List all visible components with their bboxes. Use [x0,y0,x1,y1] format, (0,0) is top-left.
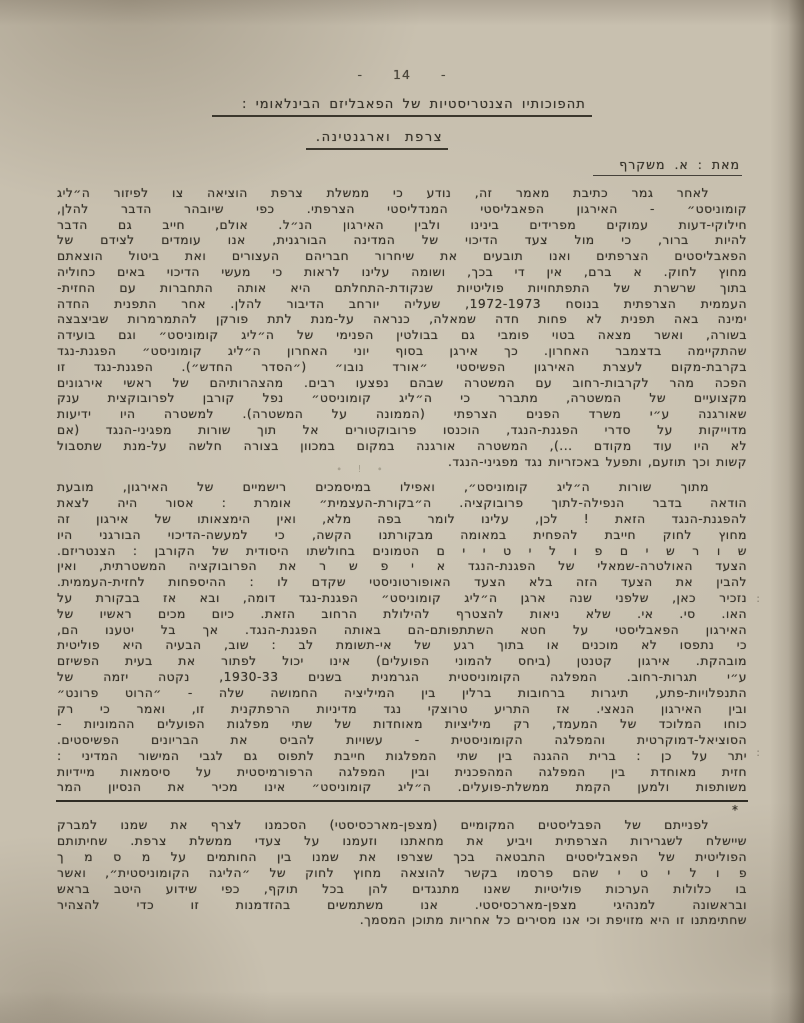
article-body: לאחר גמר כתיבת מאמר זה, נודע כי ממשלת צר… [57,186,747,796]
page-number: - 14 - [0,67,804,82]
text-line: שהתקיימה בדצמבר האחרון. כך אירגן בסוף יו… [57,344,747,360]
text-line: האירגון הפאבליסטי על חטא השתתפותם-הם באו… [57,623,747,639]
paragraph-1: לאחר גמר כתיבת מאמר זה, נודע כי ממשלת צר… [57,186,747,470]
text-line: בשורה, ואשר מצאה בטוי פומבי גם בבולטין ה… [57,328,747,344]
text-line: להפגנת-הנגד הזאת ! לכן, עלינו לומר בפה מ… [57,512,747,528]
paragraph-2: מתוך שורות ה״ליג קומוניסט״, ואפילו במיסמ… [57,480,747,796]
text-line: חילוקי-דעות עמוקים מפרידים בינינו ולבין … [57,218,747,234]
text-line: להבין את הצעד הזה בלא הצעד האופורטוניסטי… [57,575,747,591]
text-line: ובין האירגון הנאצי. אז התריע טרוצקי נגד … [57,702,747,718]
pencil-mark: : [756,592,760,605]
text-line: חזית מאוחדת בין המפלגה המהפכנית ובין המפ… [57,765,747,781]
text-line: העממית הצרפתית בנוסח 1972-1973, שעליה יו… [57,297,747,313]
text-line: יתר על כן : ברית ההגנה בין שתי המפלגות ח… [57,749,747,765]
page-number-dash-left: - [358,67,364,82]
text-line: הצעד האולטרה-שמאלי של הפגנת-הנגד א י פ ש… [57,559,747,575]
byline-row: מאת : א. משקרף [593,154,742,176]
page-number-value: 14 [393,67,411,82]
text-line: מתוך שורות ה״ליג קומוניסט״, ואפילו במיסמ… [57,480,747,496]
text-line: ע״י תגרות-רחוב. המפלגה הקומוניסטית הגרמנ… [57,670,747,686]
text-line: מובהקת. אירגון קטנטן (ביחס להמוני הפועלי… [57,654,747,670]
text-line: ימינה באה תפנית לא פחות חדה שמאלה, כנראה… [57,312,747,328]
footnote-paragraph: לפנייתם של הפבליסטים המקומיים (מצפן-מארכ… [57,818,747,929]
article-subtitle: צרפת וארגנטינה. [306,130,448,150]
text-line: בו כלולות הערכות פוליטיות שאנו מתנגדים ל… [57,882,747,898]
footnote: לפנייתם של הפבליסטים המקומיים (מצפן-מארכ… [57,818,747,929]
text-line: קומוניסט״ - האירגון הפאבליסטי המנדליסטי … [57,202,747,218]
text-line: מחוץ לחוק. א ברם, אין די בכך, ושומה עלינ… [57,265,747,281]
text-line: קשות וכך תוזעם, ותפעל באכזריות נגד מפגינ… [57,455,747,471]
text-line: מקצועיים של המשטרה, מתברר כי ה״ליג קומונ… [57,391,747,407]
text-line: ובראשונה למנהיגי מצפן-מארכסיסטי. אנו משת… [57,898,747,914]
pencil-mark: . [57,604,61,617]
text-line: להיות ברור, כי מול צעד הדיכוי של המדינה … [57,233,747,249]
title-row: תהפוכותיו הצנטריסטיות של הפאבליזם הבינלא… [0,93,804,117]
text-line: מחוץ לחוק חייבת להפחית במאומה מבקורתנו ה… [57,528,747,544]
text-line: כי נתפסו לא מוכנים או בתוך רגע של אי-תשו… [57,638,747,654]
pencil-mark: : [756,746,760,759]
pencil-smudge: ∙ ! ∙ [336,464,389,475]
text-line: נזכיר כאן, שלפני שנה ארגן ה״ליג קומוניסט… [57,591,747,607]
article-title: תהפוכותיו הצנטריסטיות של הפאבליזם הבינלא… [212,97,592,117]
footnote-asterisk: * [732,803,738,817]
text-line: שיישלח לשגרירות הצרפתית ויביע את מחאתנו … [57,834,747,850]
text-line: התנפלויות-פתע, תיגרות ברחובות ברלין בין … [57,686,747,702]
text-line: פ ו ל י ט י שהם פרסמו בקשר להוצאה מחוץ ל… [57,866,747,882]
text-line: הפכה מהר לקרבות-רחוב עם המשטרה שבהם נפצע… [57,376,747,392]
page-number-dash-right: - [441,67,447,82]
text-line: לא היו עוד מקודם ...), המשטרה אורגנה במק… [57,439,747,455]
text-line: ש ו ר ש י ם פ ו ל י ט י י ם הטמונים בחול… [57,544,747,560]
text-line: בקרבת-מקום לעצרת האירגון הפשיסטי ״אורד נ… [57,360,747,376]
text-line: הסוציאל-דמוקרטית והמפלגה הקומוניסטית - ע… [57,733,747,749]
text-line: שחתימתנו זו היא מזויפת וכי אנו מסירים כל… [57,913,747,929]
text-line: הפוליטית של הפאבליסטים התבטאה בכך שצרפו … [57,850,747,866]
text-line: משותפות ולמען הקמת ממשלת-פועלים. ה״ליג ק… [57,780,747,796]
text-line: הודאה בדבר הנפילה-לתוך פרובוקציה. ה״בקור… [57,496,747,512]
text-line: כוחו המלוכד של המעמד, רק מיליציות מאוחדו… [57,717,747,733]
subtitle-row: צרפת וארגנטינה. [0,126,804,150]
byline: מאת : א. משקרף [593,157,742,176]
text-line: מדוייקות על סדרי הפגנת-הנגד, הוכנסו פרוב… [57,423,747,439]
text-line: לאחר גמר כתיבת מאמר זה, נודע כי ממשלת צר… [57,186,747,202]
text-line: לפנייתם של הפבליסטים המקומיים (מצפן-מארכ… [57,818,747,834]
scanned-document-page: - 14 - תהפוכותיו הצנטריסטיות של הפאבליזם… [0,0,804,1023]
text-line: הפאבליסטים הצרפתים ואנו תובעים את שיחרור… [57,249,747,265]
text-line: האו. סי. אי. שלא ניאות להצטרף להילולת הר… [57,607,747,623]
text-line: שאורגנה ע״י משרד הפנים הצרפתי (הממונה על… [57,407,747,423]
footnote-divider [56,800,748,802]
text-line: בתוך שרשרת של התפתחויות פוליטיות שנקודת-… [57,281,747,297]
